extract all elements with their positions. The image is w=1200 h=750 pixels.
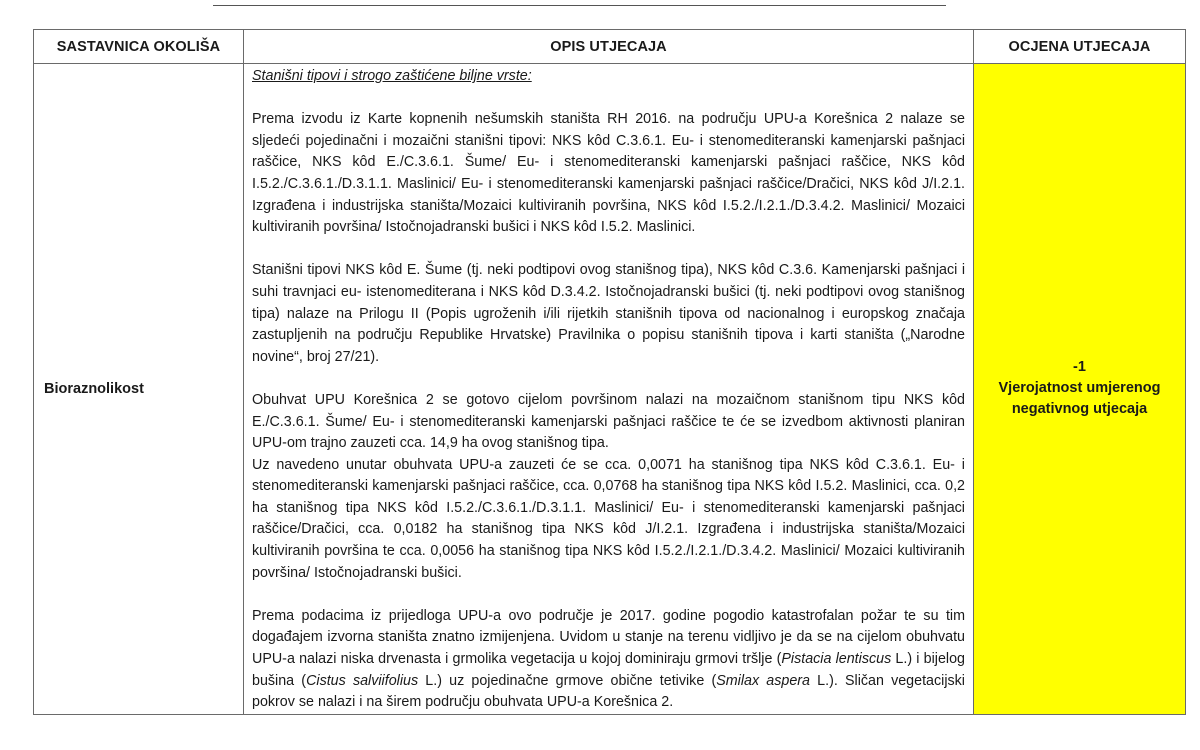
table-row: Bioraznolikost Stanišni tipovi i strogo … <box>34 64 1186 715</box>
component-cell: Bioraznolikost <box>34 64 244 715</box>
rating-cell: -1 Vjerojatnost umjerenog negativnog utj… <box>974 64 1186 715</box>
species-name: Pistacia lentiscus <box>781 651 891 667</box>
header-description: OPIS UTJECAJA <box>244 30 974 64</box>
rating-value: -1 <box>978 357 1181 378</box>
header-component: SASTAVNICA OKOLIŠA <box>34 30 244 64</box>
paragraph-protected-habitats: Stanišni tipovi NKS kôd E. Šume (tj. nek… <box>252 260 965 368</box>
description-cell: Stanišni tipovi i strogo zaštićene biljn… <box>244 64 974 715</box>
section-heading: Stanišni tipovi i strogo zaštićene biljn… <box>252 66 965 88</box>
text-segment: L.) uz pojedinačne grmove obične tetivik… <box>418 673 716 689</box>
paragraph-occupied-details: Uz navedeno unutar obuhvata UPU-a zauzet… <box>252 455 965 585</box>
paragraph-habitat-map: Prema izvodu iz Karte kopnenih nešumskih… <box>252 109 965 239</box>
paragraph-fire-vegetation: Prema podacima iz prijedloga UPU-a ovo p… <box>252 606 965 714</box>
header-rating: OCJENA UTJECAJA <box>974 30 1186 64</box>
species-name: Cistus salviifolius <box>306 673 418 689</box>
header-rule <box>213 5 946 6</box>
table-header-row: SASTAVNICA OKOLIŠA OPIS UTJECAJA OCJENA … <box>34 30 1186 64</box>
impact-assessment-table: SASTAVNICA OKOLIŠA OPIS UTJECAJA OCJENA … <box>33 29 1186 715</box>
paragraph-occupied-area: Obuhvat UPU Korešnica 2 se gotovo cijelo… <box>252 390 965 455</box>
species-name: Smilax aspera <box>716 673 810 689</box>
rating-label: Vjerojatnost umjerenog negativnog utjeca… <box>978 378 1181 420</box>
